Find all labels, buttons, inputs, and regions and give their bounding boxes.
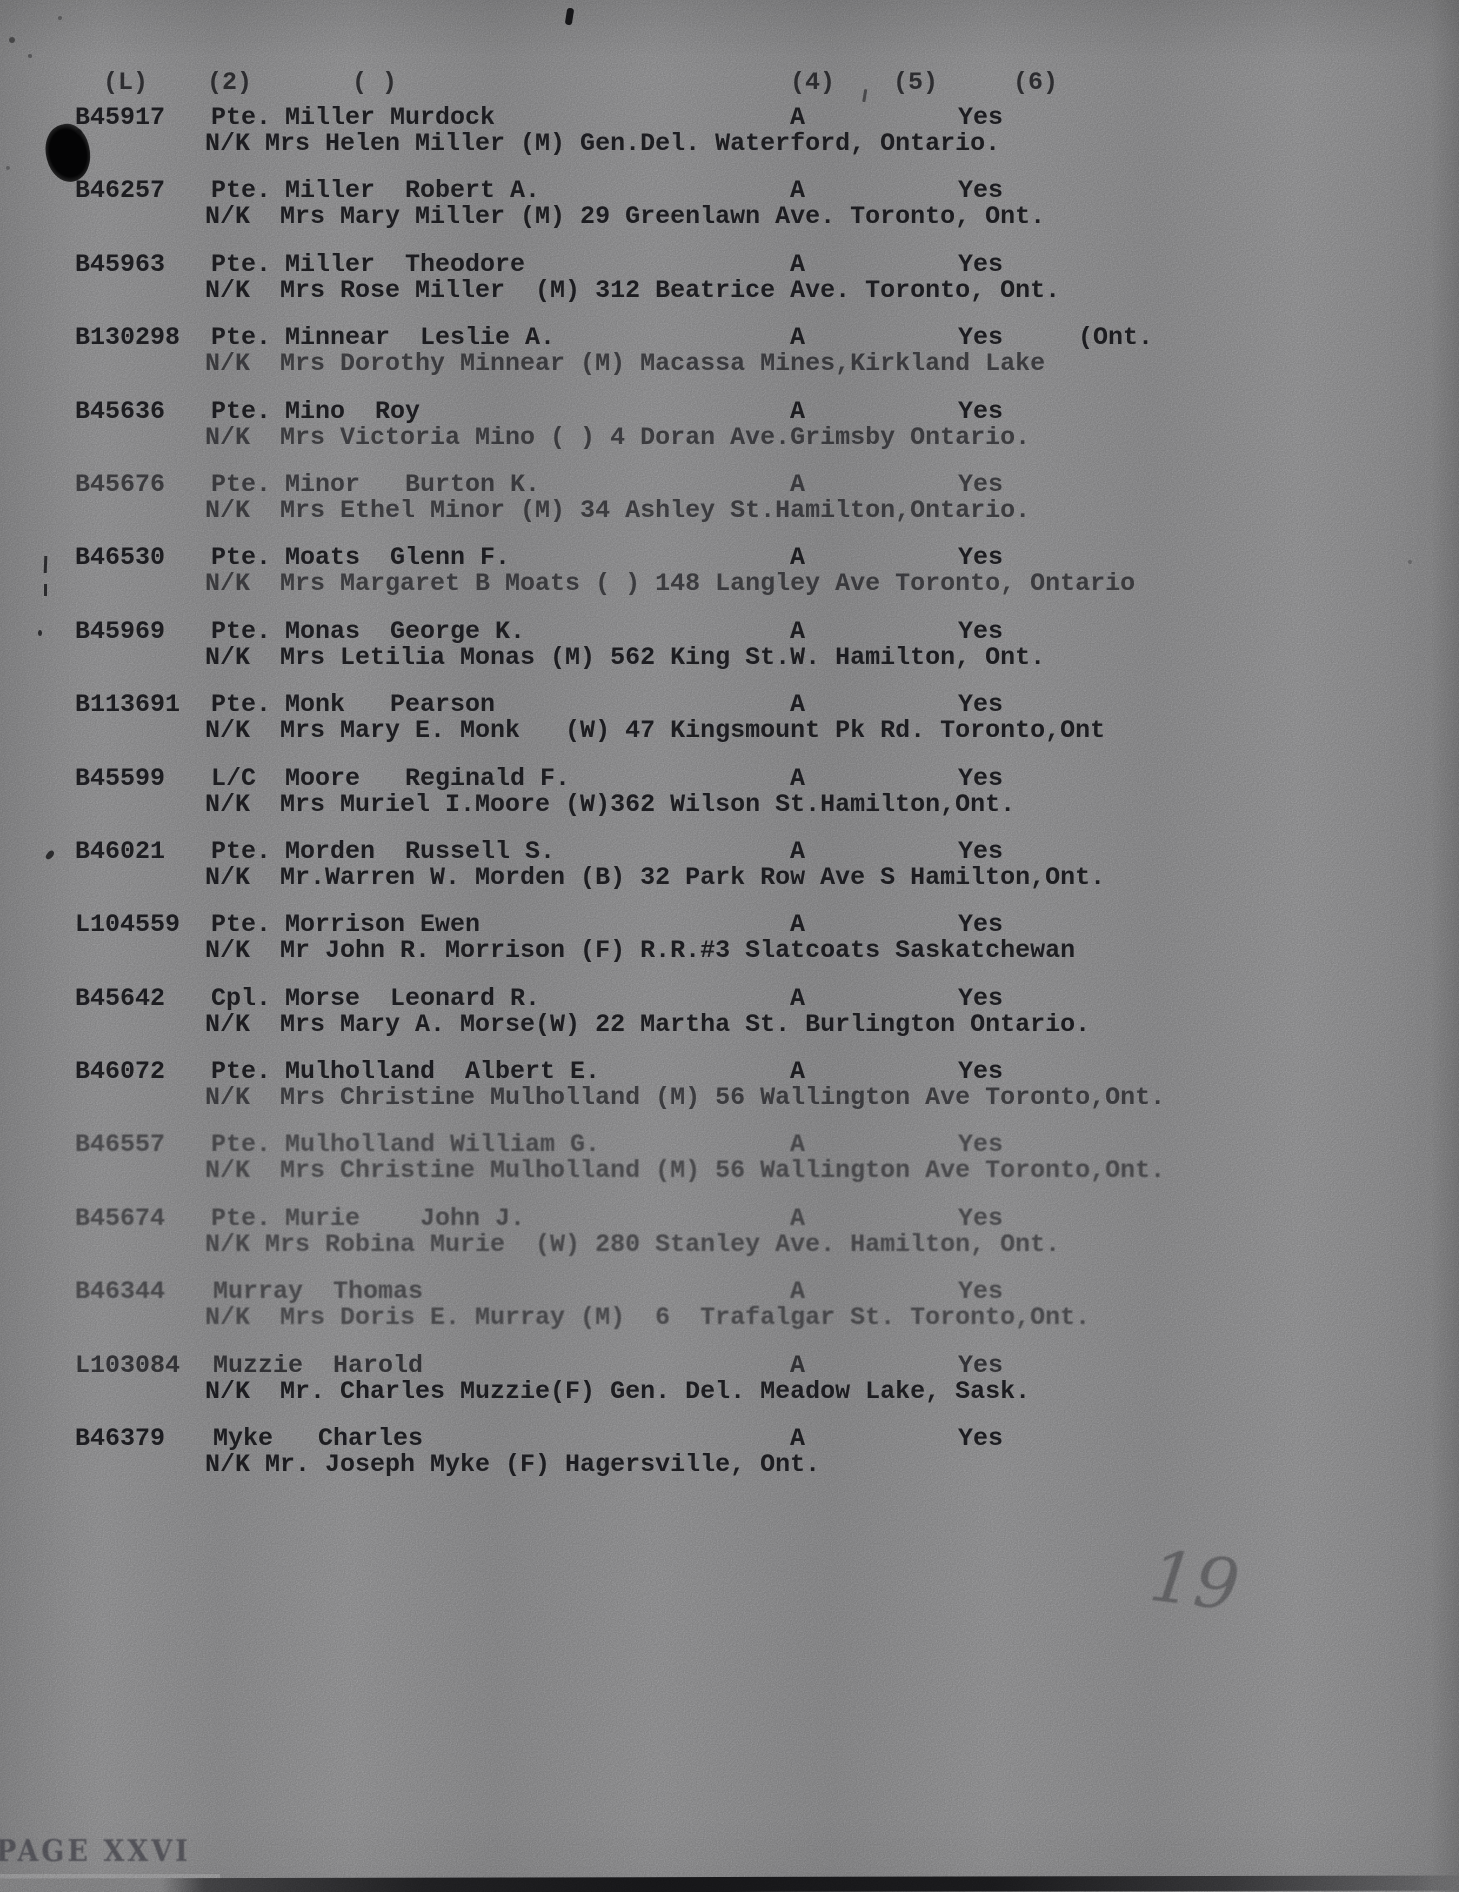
col5-value: Yes bbox=[958, 692, 1003, 717]
col4-value: A bbox=[790, 692, 805, 717]
record-main-line: B45676 Pte. Minor Burton K. A Yes bbox=[0, 472, 1459, 498]
col5-value: Yes bbox=[958, 472, 1003, 497]
record-row: L104559 Pte. Morrison Ewen A Yes N/K Mr … bbox=[0, 912, 1459, 985]
next-of-kin: N/K Mrs Helen Miller (M) Gen.Del. Waterf… bbox=[205, 131, 1000, 156]
next-of-kin: N/K Mrs Robina Murie (W) 280 Stanley Ave… bbox=[205, 1232, 1060, 1257]
service-number: B130298 bbox=[75, 325, 180, 350]
col4-value: A bbox=[790, 986, 805, 1011]
next-of-kin: N/K Mrs Rose Miller (M) 312 Beatrice Ave… bbox=[205, 278, 1060, 303]
record-nok-line: N/K Mrs Dorothy Minnear (M) Macassa Mine… bbox=[0, 351, 1459, 377]
service-number: B46021 bbox=[75, 839, 165, 864]
record-row: B46530 Pte. Moats Glenn F. A Yes N/K Mrs… bbox=[0, 545, 1459, 618]
next-of-kin: N/K Mrs Mary Miller (M) 29 Greenlawn Ave… bbox=[205, 204, 1045, 229]
col5-value: Yes bbox=[958, 619, 1003, 644]
soldier-name: Mino Roy bbox=[285, 399, 420, 424]
next-of-kin: N/K Mrs Mary A. Morse(W) 22 Martha St. B… bbox=[205, 1012, 1090, 1037]
record-row: B45636 Pte. Mino Roy A Yes N/K Mrs Victo… bbox=[0, 399, 1459, 472]
service-number: B46072 bbox=[75, 1059, 165, 1084]
record-nok-line: N/K Mrs Rose Miller (M) 312 Beatrice Ave… bbox=[0, 278, 1459, 304]
col5-value: Yes bbox=[958, 1206, 1003, 1231]
soldier-name: Miller Theodore bbox=[285, 252, 525, 277]
next-of-kin: N/K Mr.Warren W. Morden (B) 32 Park Row … bbox=[205, 865, 1105, 890]
record-nok-line: N/K Mrs Helen Miller (M) Gen.Del. Waterf… bbox=[0, 131, 1459, 157]
record-nok-line: N/K Mrs Ethel Minor (M) 34 Ashley St.Ham… bbox=[0, 498, 1459, 524]
col5-value: Yes bbox=[958, 105, 1003, 130]
soldier-name: Minnear Leslie A. bbox=[285, 325, 555, 350]
col5-value: Yes bbox=[958, 766, 1003, 791]
record-nok-line: N/K Mrs Margaret B Moats ( ) 148 Langley… bbox=[0, 571, 1459, 597]
service-number: B46530 bbox=[75, 545, 165, 570]
service-number: B46379 bbox=[75, 1426, 165, 1451]
service-number: B46257 bbox=[75, 178, 165, 203]
record-nok-line: N/K Mr. Joseph Myke (F) Hagersville, Ont… bbox=[0, 1452, 1459, 1478]
rank: Pte. bbox=[211, 325, 271, 350]
col5-value: Yes bbox=[958, 986, 1003, 1011]
record-row: B113691 Pte. Monk Pearson A Yes N/K Mrs … bbox=[0, 692, 1459, 765]
record-row: B45969 Pte. Monas George K. A Yes N/K Mr… bbox=[0, 619, 1459, 692]
rank: Pte. bbox=[211, 619, 271, 644]
col5-value: Yes bbox=[958, 178, 1003, 203]
service-number: B46557 bbox=[75, 1132, 165, 1157]
next-of-kin: N/K Mrs Victoria Mino ( ) 4 Doran Ave.Gr… bbox=[205, 425, 1030, 450]
col4-value: A bbox=[790, 178, 805, 203]
service-number: B46344 bbox=[75, 1279, 165, 1304]
record-main-line: B113691 Pte. Monk Pearson A Yes bbox=[0, 692, 1459, 718]
record-main-line: B46344 Murray Thomas A Yes bbox=[0, 1279, 1459, 1305]
record-main-line: B46530 Pte. Moats Glenn F. A Yes bbox=[0, 545, 1459, 571]
col5-value: Yes bbox=[958, 545, 1003, 570]
soldier-name: Monk Pearson bbox=[285, 692, 495, 717]
record-nok-line: N/K Mrs Doris E. Murray (M) 6 Trafalgar … bbox=[0, 1305, 1459, 1331]
next-of-kin: N/K Mr. Joseph Myke (F) Hagersville, Ont… bbox=[205, 1452, 820, 1477]
service-number: B45676 bbox=[75, 472, 165, 497]
record-main-line: B45674 Pte. Murie John J. A Yes bbox=[0, 1206, 1459, 1232]
record-main-line: B45917 Pte. Miller Murdock A Yes bbox=[0, 105, 1459, 131]
record-row: B45676 Pte. Minor Burton K. A Yes N/K Mr… bbox=[0, 472, 1459, 545]
soldier-name: Morden Russell S. bbox=[285, 839, 555, 864]
next-of-kin: N/K Mr John R. Morrison (F) R.R.#3 Slatc… bbox=[205, 938, 1075, 963]
rank: Pte. bbox=[211, 1132, 271, 1157]
service-number: L104559 bbox=[75, 912, 180, 937]
record-main-line: B130298 Pte. Minnear Leslie A. A Yes (On… bbox=[0, 325, 1459, 351]
next-of-kin: N/K Mr. Charles Muzzie(F) Gen. Del. Mead… bbox=[205, 1379, 1030, 1404]
service-number: B45642 bbox=[75, 986, 165, 1011]
next-of-kin: N/K Mrs Dorothy Minnear (M) Macassa Mine… bbox=[205, 351, 1045, 376]
soldier-name: Moats Glenn F. bbox=[285, 545, 510, 570]
record-nok-line: N/K Mr.Warren W. Morden (B) 32 Park Row … bbox=[0, 865, 1459, 891]
next-of-kin: N/K Mrs Mary E. Monk (W) 47 Kingsmount P… bbox=[205, 718, 1105, 743]
service-number: B45917 bbox=[75, 105, 165, 130]
record-main-line: B46021 Pte. Morden Russell S. A Yes bbox=[0, 839, 1459, 865]
rank: Pte. bbox=[211, 399, 271, 424]
rank: Pte. bbox=[211, 472, 271, 497]
record-nok-line: N/K Mr. Charles Muzzie(F) Gen. Del. Mead… bbox=[0, 1379, 1459, 1405]
record-nok-line: N/K Mrs Mary E. Monk (W) 47 Kingsmount P… bbox=[0, 718, 1459, 744]
record-row: B45917 Pte. Miller Murdock A Yes N/K Mrs… bbox=[0, 105, 1459, 178]
record-main-line: B46557 Pte. Mulholland William G. A Yes bbox=[0, 1132, 1459, 1158]
rank: Pte. bbox=[211, 692, 271, 717]
record-nok-line: N/K Mrs Robina Murie (W) 280 Stanley Ave… bbox=[0, 1232, 1459, 1258]
next-of-kin: N/K Mrs Doris E. Murray (M) 6 Trafalgar … bbox=[205, 1305, 1090, 1330]
col5-value: Yes bbox=[958, 399, 1003, 424]
soldier-name: Morrison Ewen bbox=[285, 912, 480, 937]
col4-value: A bbox=[790, 399, 805, 424]
record-row: B46072 Pte. Mulholland Albert E. A Yes N… bbox=[0, 1059, 1459, 1132]
soldier-name: Murie John J. bbox=[285, 1206, 525, 1231]
next-of-kin: N/K Mrs Christine Mulholland (M) 56 Wall… bbox=[205, 1158, 1165, 1183]
column-header-row: (L) (2) ( ) (4) (5) (6) bbox=[0, 70, 1459, 98]
record-nok-line: N/K Mrs Christine Mulholland (M) 56 Wall… bbox=[0, 1158, 1459, 1184]
col4-value: A bbox=[790, 105, 805, 130]
soldier-name: Murray Thomas bbox=[213, 1279, 423, 1304]
scan-edge-band bbox=[0, 1875, 1459, 1892]
margin-tick bbox=[38, 630, 42, 636]
service-number: B113691 bbox=[75, 692, 180, 717]
col4-value: A bbox=[790, 545, 805, 570]
record-nok-line: N/K Mrs Mary A. Morse(W) 22 Martha St. B… bbox=[0, 1012, 1459, 1038]
record-main-line: L103084 Muzzie Harold A Yes bbox=[0, 1353, 1459, 1379]
handwritten-page-number: 19 bbox=[1145, 1535, 1243, 1627]
record-row: L103084 Muzzie Harold A Yes N/K Mr. Char… bbox=[0, 1353, 1459, 1426]
col4-value: A bbox=[790, 1279, 805, 1304]
service-number: B45599 bbox=[75, 766, 165, 791]
record-main-line: B46072 Pte. Mulholland Albert E. A Yes bbox=[0, 1059, 1459, 1085]
col4-value: A bbox=[790, 619, 805, 644]
margin-tick bbox=[44, 556, 48, 573]
record-main-line: B45642 Cpl. Morse Leonard R. A Yes bbox=[0, 986, 1459, 1012]
next-of-kin: N/K Mrs Christine Mulholland (M) 56 Wall… bbox=[205, 1085, 1165, 1110]
rank: Pte. bbox=[211, 545, 271, 570]
record-main-line: B45969 Pte. Monas George K. A Yes bbox=[0, 619, 1459, 645]
col5-value: Yes bbox=[958, 912, 1003, 937]
scan-mark bbox=[565, 8, 575, 26]
record-row: B45674 Pte. Murie John J. A Yes N/K Mrs … bbox=[0, 1206, 1459, 1279]
col5-value: Yes bbox=[958, 1132, 1003, 1157]
record-main-line: B45599 L/C Moore Reginald F. A Yes bbox=[0, 766, 1459, 792]
col4-value: A bbox=[790, 1206, 805, 1231]
rank: Pte. bbox=[211, 1206, 271, 1231]
record-nok-line: N/K Mrs Muriel I.Moore (W)362 Wilson St.… bbox=[0, 792, 1459, 818]
next-of-kin: N/K Mrs Muriel I.Moore (W)362 Wilson St.… bbox=[205, 792, 1015, 817]
record-main-line: B45636 Pte. Mino Roy A Yes bbox=[0, 399, 1459, 425]
record-nok-line: N/K Mrs Mary Miller (M) 29 Greenlawn Ave… bbox=[0, 204, 1459, 230]
record-row: B45963 Pte. Miller Theodore A Yes N/K Mr… bbox=[0, 252, 1459, 325]
service-number: B45674 bbox=[75, 1206, 165, 1231]
column-header-4: (4) bbox=[790, 70, 835, 95]
record-main-line: L104559 Pte. Morrison Ewen A Yes bbox=[0, 912, 1459, 938]
record-row: B45599 L/C Moore Reginald F. A Yes N/K M… bbox=[0, 766, 1459, 839]
service-number: B45963 bbox=[75, 252, 165, 277]
record-main-line: B45963 Pte. Miller Theodore A Yes bbox=[0, 252, 1459, 278]
service-number: B45969 bbox=[75, 619, 165, 644]
col4-value: A bbox=[790, 912, 805, 937]
soldier-name: Myke Charles bbox=[213, 1426, 423, 1451]
col5-value: Yes bbox=[958, 1353, 1003, 1378]
rank: Pte. bbox=[211, 912, 271, 937]
rank: Pte. bbox=[211, 839, 271, 864]
soldier-name: Minor Burton K. bbox=[285, 472, 540, 497]
soldier-name: Moore Reginald F. bbox=[285, 766, 570, 791]
margin-tick bbox=[44, 584, 47, 596]
scan-edge-shade bbox=[1431, 0, 1459, 1892]
soldier-name: Muzzie Harold bbox=[213, 1353, 423, 1378]
col4-value: A bbox=[790, 472, 805, 497]
soldier-name: Miller Murdock bbox=[285, 105, 495, 130]
rank: Pte. bbox=[211, 105, 271, 130]
records-list: B45917 Pte. Miller Murdock A Yes N/K Mrs… bbox=[0, 105, 1459, 1499]
col4-value: A bbox=[790, 766, 805, 791]
record-nok-line: N/K Mrs Victoria Mino ( ) 4 Doran Ave.Gr… bbox=[0, 425, 1459, 451]
column-header-6: (6) bbox=[1013, 70, 1058, 95]
soldier-name: Mulholland Albert E. bbox=[285, 1059, 600, 1084]
scanned-document-page: (L) (2) ( ) (4) (5) (6) B45917 Pte. Mill… bbox=[0, 0, 1459, 1892]
col4-value: A bbox=[790, 1059, 805, 1084]
col4-value: A bbox=[790, 1353, 805, 1378]
col4-value: A bbox=[790, 1132, 805, 1157]
record-row: B46344 Murray Thomas A Yes N/K Mrs Doris… bbox=[0, 1279, 1459, 1352]
record-nok-line: N/K Mrs Letilia Monas (M) 562 King St.W.… bbox=[0, 645, 1459, 671]
soldier-name: Mulholland William G. bbox=[285, 1132, 600, 1157]
service-number: B45636 bbox=[75, 399, 165, 424]
record-row: B46257 Pte. Miller Robert A. A Yes N/K M… bbox=[0, 178, 1459, 251]
rank: Pte. bbox=[211, 1059, 271, 1084]
col4-value: A bbox=[790, 252, 805, 277]
column-header-1: (L) bbox=[103, 70, 148, 95]
next-of-kin: N/K Mrs Ethel Minor (M) 34 Ashley St.Ham… bbox=[205, 498, 1030, 523]
rank: Pte. bbox=[211, 252, 271, 277]
col5-value: Yes bbox=[958, 252, 1003, 277]
col4-value: A bbox=[790, 1426, 805, 1451]
record-row: B46021 Pte. Morden Russell S. A Yes N/K … bbox=[0, 839, 1459, 912]
column-header-3: ( ) bbox=[352, 70, 397, 95]
service-number: L103084 bbox=[75, 1353, 180, 1378]
column-header-5: (5) bbox=[893, 70, 938, 95]
soldier-name: Monas George K. bbox=[285, 619, 525, 644]
next-of-kin: N/K Mrs Letilia Monas (M) 562 King St.W.… bbox=[205, 645, 1045, 670]
soldier-name: Miller Robert A. bbox=[285, 178, 540, 203]
record-nok-line: N/K Mrs Christine Mulholland (M) 56 Wall… bbox=[0, 1085, 1459, 1111]
col5-value: Yes bbox=[958, 1059, 1003, 1084]
next-of-kin: N/K Mrs Margaret B Moats ( ) 148 Langley… bbox=[205, 571, 1135, 596]
column-header-2: (2) bbox=[207, 70, 252, 95]
record-row: B130298 Pte. Minnear Leslie A. A Yes (On… bbox=[0, 325, 1459, 398]
record-row: B46557 Pte. Mulholland William G. A Yes … bbox=[0, 1132, 1459, 1205]
rank: Cpl. bbox=[211, 986, 271, 1011]
scan-speckles bbox=[0, 0, 4, 4]
col6-note: (Ont. bbox=[1078, 325, 1153, 350]
col4-value: A bbox=[790, 325, 805, 350]
record-nok-line: N/K Mr John R. Morrison (F) R.R.#3 Slatc… bbox=[0, 938, 1459, 964]
record-row: B46379 Myke Charles A Yes N/K Mr. Joseph… bbox=[0, 1426, 1459, 1499]
col5-value: Yes bbox=[958, 839, 1003, 864]
rank: L/C bbox=[211, 766, 256, 791]
col5-value: Yes bbox=[958, 1426, 1003, 1451]
col5-value: Yes bbox=[958, 1279, 1003, 1304]
rank: Pte. bbox=[211, 178, 271, 203]
col4-value: A bbox=[790, 839, 805, 864]
soldier-name: Morse Leonard R. bbox=[285, 986, 540, 1011]
col5-value: Yes bbox=[958, 325, 1003, 350]
record-main-line: B46379 Myke Charles A Yes bbox=[0, 1426, 1459, 1452]
page-stamp: PAGE XXVI bbox=[0, 1834, 191, 1869]
record-main-line: B46257 Pte. Miller Robert A. A Yes bbox=[0, 178, 1459, 204]
record-row: B45642 Cpl. Morse Leonard R. A Yes N/K M… bbox=[0, 986, 1459, 1059]
